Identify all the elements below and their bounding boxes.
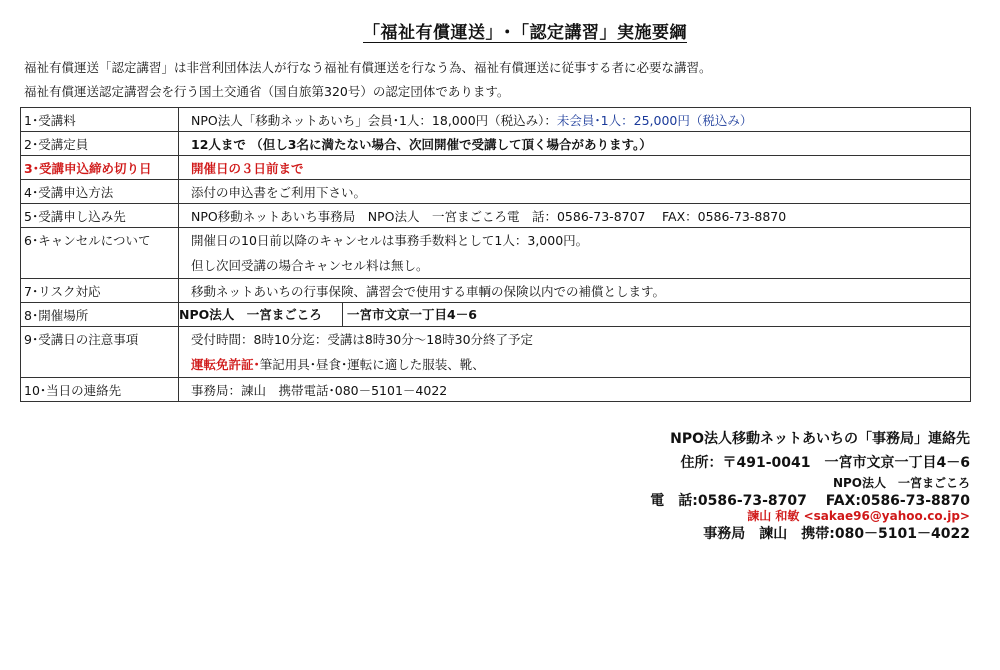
row-label: 5･受講申し込み先 bbox=[21, 204, 179, 228]
spec-table: 1･受講料 NPO法人「移動ネットあいち」会員･1人：18,000円（税込み）：… bbox=[20, 107, 971, 402]
table-row-deadline: 3･受講申込締め切り日 開催日の３日前まで bbox=[21, 156, 971, 180]
row-content: 開催日の10日前以降のキャンセルは事務手数料として1人：3,000円。 但し次回… bbox=[179, 228, 971, 279]
row-label: 1･受講料 bbox=[21, 108, 179, 132]
table-row-application-method: 4･受講申込方法 添付の申込書をご利用下さい。 bbox=[21, 180, 971, 204]
row-label: 2･受講定員 bbox=[21, 132, 179, 156]
row-label: 3･受講申込締め切り日 bbox=[21, 156, 179, 180]
member-fee: NPO法人「移動ネットあいち」会員･1人：18,000円（税込み）： bbox=[191, 113, 557, 128]
nonmember-fee: 未会員･1人：25,000円（税込み） bbox=[557, 113, 752, 128]
intro-paragraph-2: 福祉有償運送認定講習会を行う国土交通省（国自旅第320号）の認定団体であります。 bbox=[24, 82, 509, 100]
notes-line-1: 受付時間：8時10分迄：受講は8時30分～18時30分終了予定 bbox=[191, 327, 964, 352]
table-row-notes: 9･受講日の注意事項 受付時間：8時10分迄：受講は8時30分～18時30分終了… bbox=[21, 327, 971, 378]
row-content: 12人まで （但し3名に満たない場合、次回開催で受講して頂く場合があります。） bbox=[179, 132, 971, 156]
row-content: 受付時間：8時10分迄：受講は8時30分～18時30分終了予定 運転免許証･筆記… bbox=[179, 327, 971, 378]
cancellation-line-1: 開催日の10日前以降のキャンセルは事務手数料として1人：3,000円。 bbox=[191, 228, 964, 253]
row-label: 4･受講申込方法 bbox=[21, 180, 179, 204]
table-row-cancellation: 6･キャンセルについて 開催日の10日前以降のキャンセルは事務手数料として1人：… bbox=[21, 228, 971, 279]
intro-paragraph-1: 福祉有償運送「認定講習」は非営利団体法人が行なう福祉有償運送を行なう為、福祉有償… bbox=[24, 58, 712, 76]
row-content: NPO法人「移動ネットあいち」会員･1人：18,000円（税込み）：未会員･1人… bbox=[179, 108, 971, 132]
row-content: 事務局：諫山 携帯電話･080－5101－4022 bbox=[179, 378, 971, 402]
table-row-capacity: 2･受講定員 12人まで （但し3名に満たない場合、次回開催で受講して頂く場合が… bbox=[21, 132, 971, 156]
table-row-risk: 7･リスク対応 移動ネットあいちの行事保険、講習会で使用する車輌の保険以内での補… bbox=[21, 279, 971, 303]
row-label: 7･リスク対応 bbox=[21, 279, 179, 303]
row-label: 9･受講日の注意事項 bbox=[21, 327, 179, 378]
notes-line-2: 運転免許証･筆記用具･昼食･運転に適した服装、靴、 bbox=[191, 352, 964, 377]
page-title: 「福祉有償運送」･「認定講習」実施要綱 bbox=[0, 18, 1000, 43]
contact-heading: NPO法人移動ネットあいちの「事務局」連絡先 bbox=[670, 428, 970, 448]
venue-address: 一宮市文京一丁目4－6 bbox=[343, 303, 477, 326]
row-content: 開催日の３日前まで bbox=[179, 156, 971, 180]
venue-name: NPO法人 一宮まごころ bbox=[179, 303, 343, 326]
table-row-day-contact: 10･当日の連絡先 事務局：諫山 携帯電話･080－5101－4022 bbox=[21, 378, 971, 402]
table-row-venue: 8･開催場所 NPO法人 一宮まごころ 一宮市文京一丁目4－6 bbox=[21, 303, 971, 327]
row-content: NPO移動ネットあいち事務局 NPO法人 一宮まごころ電 話：0586-73-8… bbox=[179, 204, 971, 228]
row-content: NPO法人 一宮まごころ 一宮市文京一丁目4－6 bbox=[179, 303, 971, 327]
items-to-bring: 筆記用具･昼食･運転に適した服装、靴、 bbox=[260, 357, 485, 372]
contact-email[interactable]: 諫山 和敏 <sakae96@yahoo.co.jp> bbox=[747, 507, 970, 524]
contact-org: NPO法人 一宮まごころ bbox=[833, 474, 970, 491]
row-label: 6･キャンセルについて bbox=[21, 228, 179, 279]
license-required: 運転免許証･ bbox=[191, 357, 260, 372]
table-row-fee: 1･受講料 NPO法人「移動ネットあいち」会員･1人：18,000円（税込み）：… bbox=[21, 108, 971, 132]
row-content: 移動ネットあいちの行事保険、講習会で使用する車輌の保険以内での補償とします。 bbox=[179, 279, 971, 303]
row-label: 8･開催場所 bbox=[21, 303, 179, 327]
table-row-application-contact: 5･受講申し込み先 NPO移動ネットあいち事務局 NPO法人 一宮まごころ電 話… bbox=[21, 204, 971, 228]
row-content: 添付の申込書をご利用下さい。 bbox=[179, 180, 971, 204]
contact-address: 住所：〒491-0041 一宮市文京一丁目4－6 bbox=[681, 452, 970, 472]
contact-mobile: 事務局 諫山 携帯:080－5101－4022 bbox=[703, 523, 970, 543]
row-label: 10･当日の連絡先 bbox=[21, 378, 179, 402]
cancellation-line-2: 但し次回受講の場合キャンセル料は無し。 bbox=[191, 253, 964, 278]
